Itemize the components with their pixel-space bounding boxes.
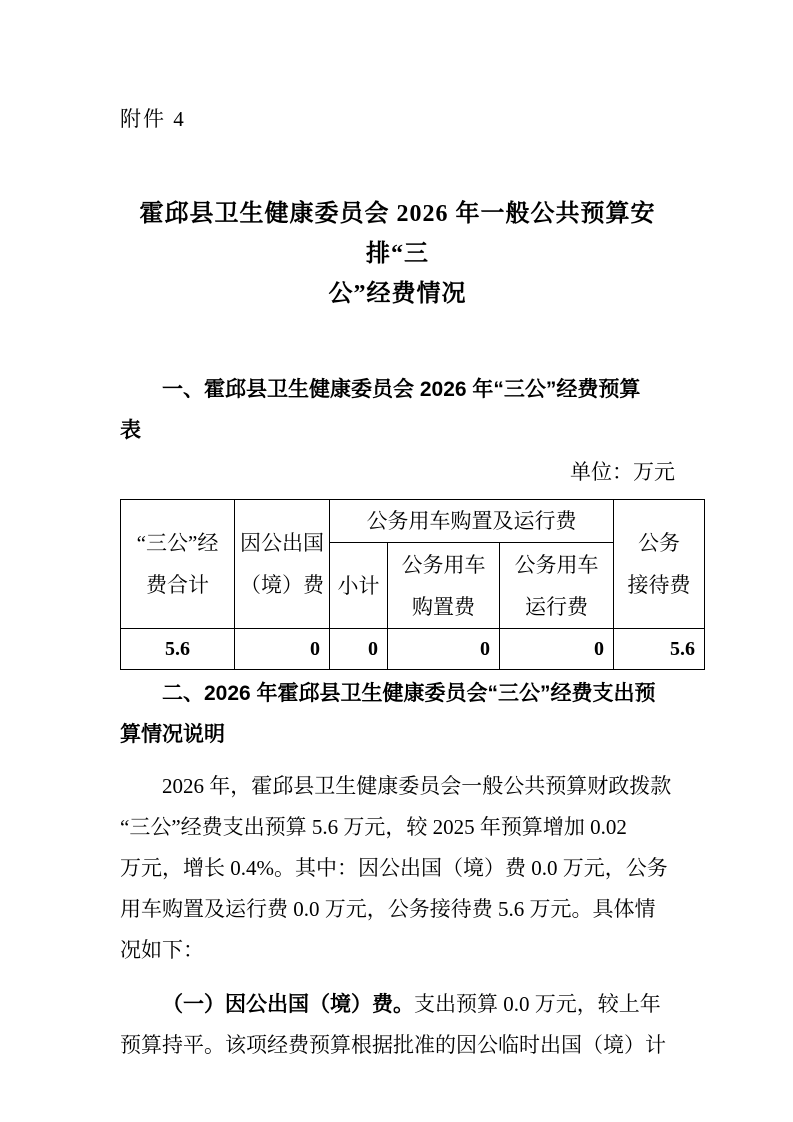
header-subtotal: 小计	[330, 543, 388, 629]
header-vehicle-group: 公务用车购置及运行费	[330, 500, 614, 543]
header-reception-fee: 公务 接待费	[614, 500, 705, 629]
value-reception-fee: 5.6	[614, 629, 705, 670]
value-vehicle-operation: 0	[500, 629, 614, 670]
table-header-row-1: “三公”经 费合计 因公出国 （境）费 公务用车购置及运行费 公务 接待费	[121, 500, 705, 543]
overseas-fee-paragraph: （一）因公出国（境）费。支出预算 0.0 万元，较上年 预算持平。该项经费预算根…	[120, 984, 675, 1066]
attachment-label: 附件 4	[120, 99, 675, 140]
value-subtotal: 0	[330, 629, 388, 670]
document-page: 附件 4 霍邱县卫生健康委员会 2026 年一般公共预算安排“三 公”经费情况 …	[0, 0, 793, 1122]
value-overseas-fee: 0	[235, 629, 330, 670]
document-content: 附件 4 霍邱县卫生健康委员会 2026 年一般公共预算安排“三 公”经费情况 …	[0, 99, 793, 1066]
section-1-heading: 一、霍邱县卫生健康委员会 2026 年“三公”经费预算 表	[120, 369, 675, 451]
header-three-public-total: “三公”经 费合计	[121, 500, 235, 629]
header-overseas-fee: 因公出国 （境）费	[235, 500, 330, 629]
three-public-budget-table: “三公”经 费合计 因公出国 （境）费 公务用车购置及运行费 公务 接待费 小计…	[120, 499, 705, 670]
value-vehicle-purchase: 0	[388, 629, 500, 670]
document-title: 霍邱县卫生健康委员会 2026 年一般公共预算安排“三 公”经费情况	[120, 194, 675, 314]
header-vehicle-operation: 公务用车 运行费	[500, 543, 614, 629]
header-vehicle-purchase: 公务用车 购置费	[388, 543, 500, 629]
budget-summary-paragraph: 2026 年，霍邱县卫生健康委员会一般公共预算财政拨款 “三公”经费支出预算 5…	[120, 766, 675, 971]
section-2-heading: 二、2026 年霍邱县卫生健康委员会“三公”经费支出预 算情况说明	[120, 673, 675, 755]
table-data-row: 5.6 0 0 0 0 5.6	[121, 629, 705, 670]
value-three-public-total: 5.6	[121, 629, 235, 670]
overseas-fee-paragraph-lead: （一）因公出国（境）费。	[162, 992, 414, 1016]
unit-note: 单位：万元	[120, 452, 675, 493]
